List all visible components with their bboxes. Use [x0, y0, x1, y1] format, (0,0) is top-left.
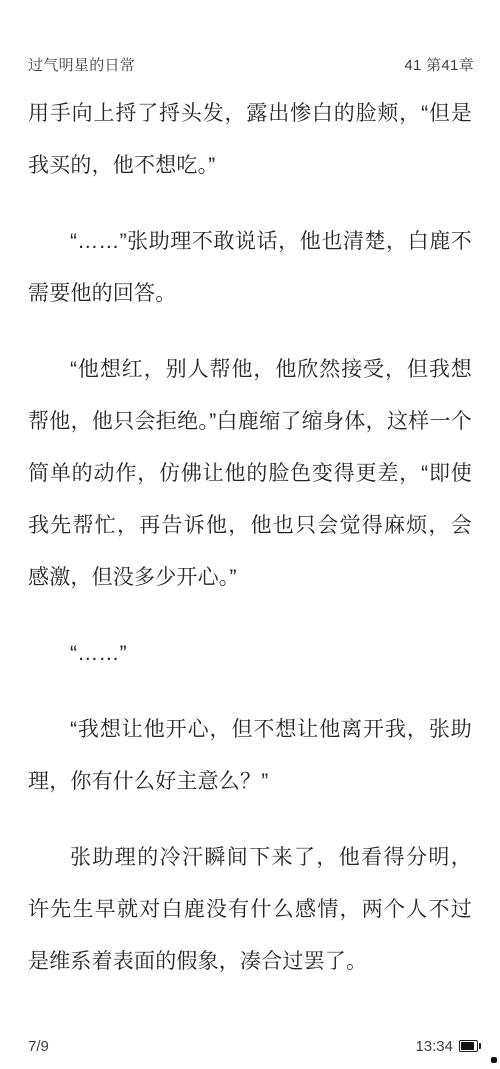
page-indicator: 7/9	[28, 1038, 49, 1055]
book-title: 过气明星的日常	[28, 54, 135, 75]
clock-time: 13:34	[415, 1038, 453, 1055]
battery-icon	[459, 1040, 478, 1052]
paragraph: “……”	[28, 628, 472, 680]
paragraph: 用手向上捋了捋头发，露出惨白的脸颊，“但是我买的，他不想吃。”	[28, 88, 472, 192]
reader-content[interactable]: 用手向上捋了捋头发，露出惨白的脸颊，“但是我买的，他不想吃。” “……”张助理不…	[28, 88, 472, 1012]
corner-dot	[491, 1057, 497, 1063]
paragraph: 张助理的冷汗瞬间下来了，他看得分明，许先生早就对白鹿没有什么感情，两个人不过是维…	[28, 832, 472, 988]
footer-status-group: 13:34	[415, 1038, 478, 1055]
paragraph: “我想让他开心，但不想让他离开我，张助理，你有什么好主意么？”	[28, 704, 472, 808]
battery-fill	[461, 1042, 474, 1050]
reader-footer: 7/9 13:34	[28, 1036, 478, 1056]
paragraph: “……”张助理不敢说话，他也清楚，白鹿不需要他的回答。	[28, 216, 472, 320]
chapter-label: 41 第41章	[404, 54, 474, 75]
reader-page: 过气明星的日常 41 第41章 用手向上捋了捋头发，露出惨白的脸颊，“但是我买的…	[0, 0, 500, 1069]
paragraph: “他想红，别人帮他，他欣然接受，但我想帮他，他只会拒绝。”白鹿缩了缩身体，这样一…	[28, 344, 472, 604]
reader-header: 过气明星的日常 41 第41章	[28, 54, 474, 75]
